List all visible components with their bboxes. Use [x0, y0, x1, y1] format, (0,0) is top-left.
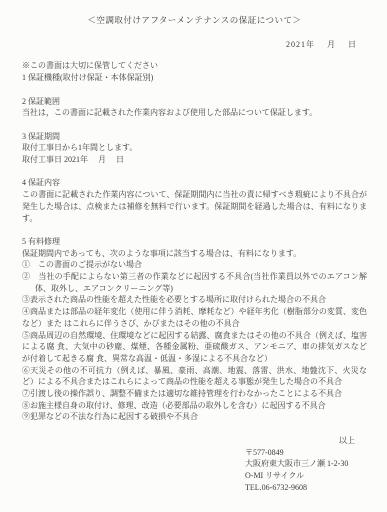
company-name: O-MI リサイクル: [245, 470, 367, 482]
section-5-intro: 保証期間内であっても、次のような事項に該当する場合は、有料になります。: [22, 248, 367, 260]
company-address: 大阪府東大阪市三ノ瀬 1-2-30: [245, 458, 367, 470]
list-item-4: ④商品または部品の経年変化（使用に伴う消耗、摩耗など）や経年劣化（樹脂部分の変質…: [22, 306, 367, 329]
company-tel: TEL.06-6732-9608: [245, 482, 367, 494]
keep-notice: ※この書面は大切に保管してください: [22, 60, 367, 72]
section-2-heading: 2 保証範囲: [22, 96, 367, 108]
list-item-5: ⑤商品周辺の自然環境、住環境などに起因する結露、腐食またはその他の不具合（例えば…: [22, 330, 367, 365]
company-footer: 〒577-0849 大阪府東大阪市三ノ瀬 1-2-30 O-MI リサイクル T…: [245, 447, 367, 494]
list-item-7: ⑦引渡し後の操作誤り、調整不備または適切な維持管理を行わなかったことによる不具合: [22, 388, 367, 400]
section-4-heading: 4 保証内容: [22, 177, 367, 189]
section-1-line: 1 保証機種(取付け保証・本体保証別): [22, 72, 367, 84]
closing-mark: 以上: [22, 435, 367, 447]
page-title: ＜空調取付けアフターメンテナンスの保証について＞: [22, 15, 367, 27]
list-item-3: ③表示された商品の性能を超えた性能を必要とする場所に取付けられた場合の不具合: [22, 294, 367, 306]
section-3-work-date: 取付工事日 2021年 月 日: [22, 154, 367, 166]
document-page: ＜空調取付けアフターメンテナンスの保証について＞ 2021年 月 日 ※この書面…: [0, 0, 387, 512]
list-item-8: ⑧お施主様自身の取付け、修理、改造（必要部品の取外しを含む）に起因する不具合: [22, 400, 367, 412]
postal-code: 〒577-0849: [245, 447, 367, 459]
list-item-2: ② 当社の手配によらない第三者の作業などに起因する不具合(当社作業員以外でのエア…: [22, 271, 367, 294]
list-item-6: ⑥天災その他の不可抗力（例えば、暴風、豪雨、高潮、地震、落雷、洪水、地盤沈下、火…: [22, 365, 367, 388]
section-3-line1: 取付工事日から1年間とします。: [22, 142, 367, 154]
paid-repair-list: ① この書面のご提示がない場合 ② 当社の手配によらない第三者の作業などに起因す…: [22, 259, 367, 423]
section-3-heading: 3 保証期間: [22, 131, 367, 143]
section-5-heading: 5 有料修理: [22, 236, 367, 248]
issue-date: 2021年 月 日: [22, 39, 367, 51]
list-item-9: ⑨犯罪などの不法な行為に起因する破損や不具合: [22, 411, 367, 423]
section-4-body: この書面に記載された作業内容について、保証期間内に当社の責に帰すべき瑕疵により不…: [22, 189, 367, 224]
section-2-body: 当社は，この書面に記載された作業内容および使用した部品について保証します。: [22, 107, 367, 119]
list-item-1: ① この書面のご提示がない場合: [22, 259, 367, 271]
